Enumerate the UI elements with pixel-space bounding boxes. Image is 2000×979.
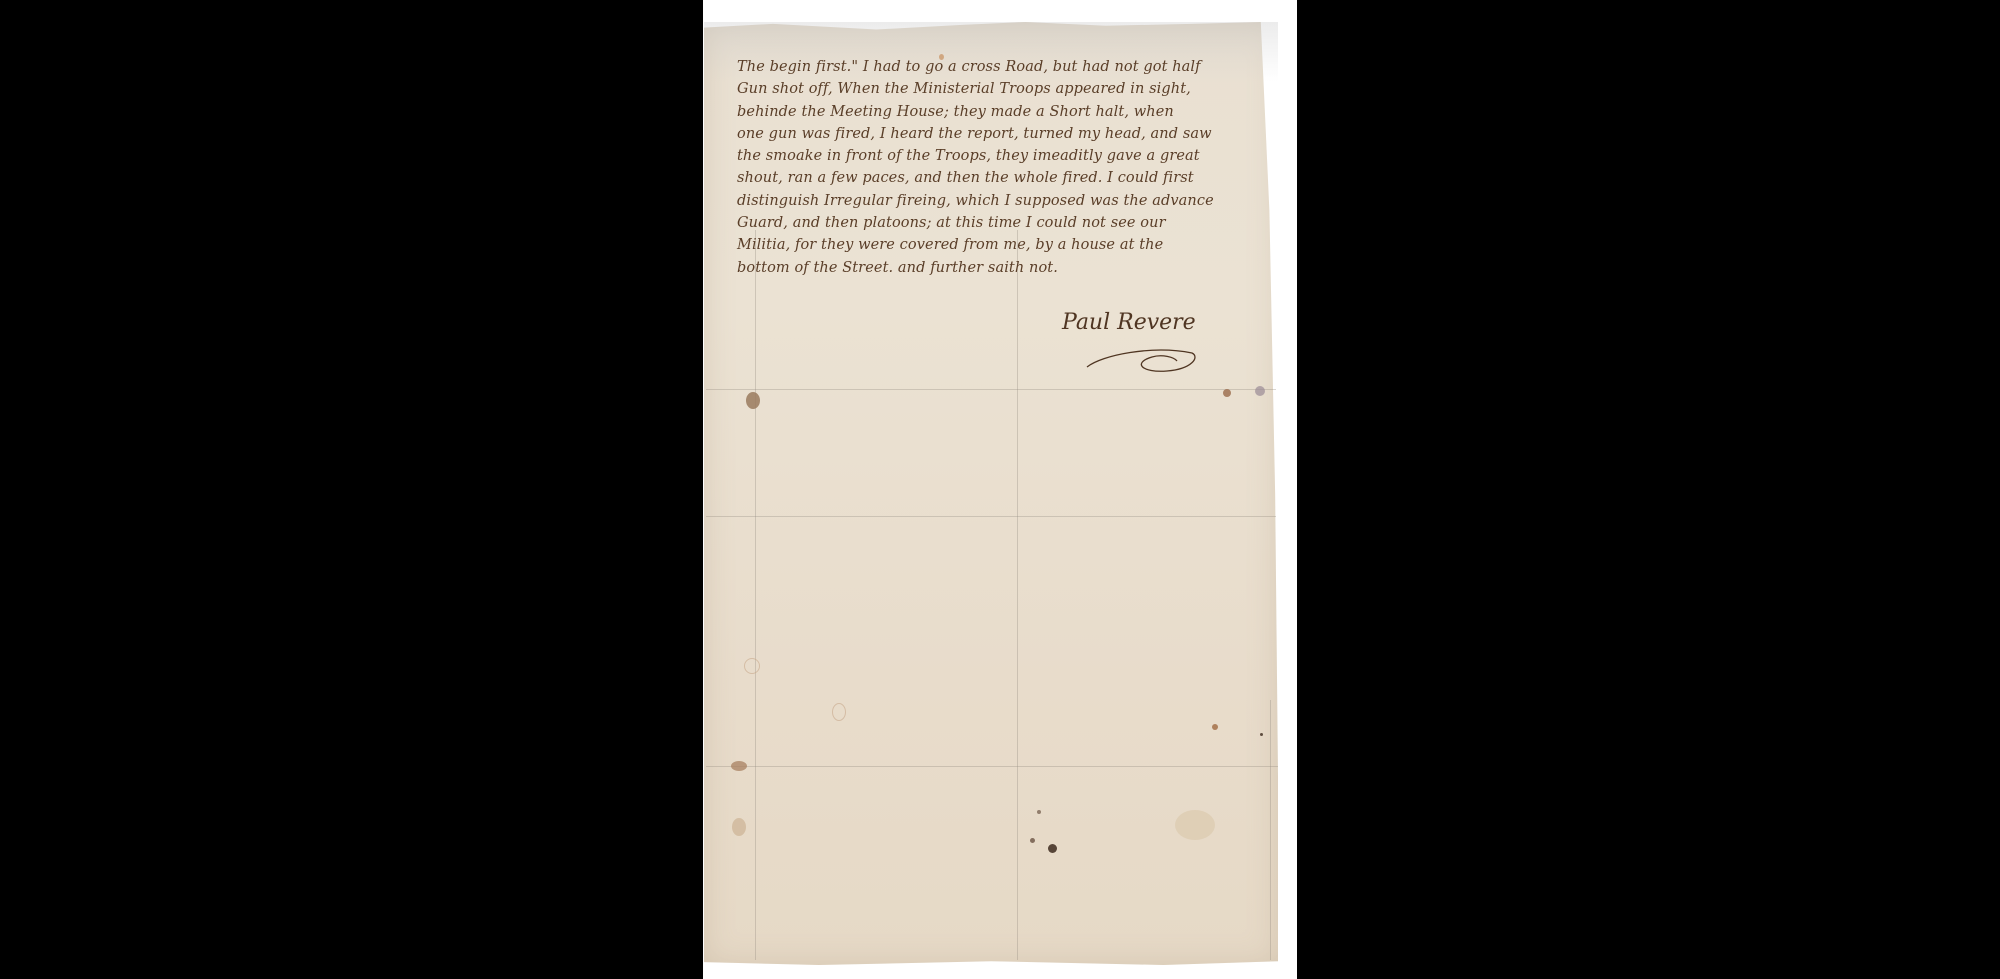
text-line: shout, ran a few paces, and then the who… [737, 167, 1257, 189]
fold-line-center [1017, 230, 1018, 960]
stain-mark [1048, 844, 1057, 853]
text-line: behinde the Meeting House; they made a S… [737, 101, 1257, 123]
text-line: Militia, for they were covered from me, … [737, 234, 1257, 256]
fold-line-middle [706, 516, 1276, 517]
manuscript-text: The begin first." I had to go a cross Ro… [737, 56, 1257, 279]
stain-mark [746, 392, 760, 409]
text-line: one gun was fired, I heard the report, t… [737, 123, 1257, 145]
stain-mark [744, 658, 760, 674]
text-line: the smoake in front of the Troops, they … [737, 145, 1257, 167]
fold-line-upper [706, 389, 1276, 390]
stain-mark [1255, 386, 1265, 396]
fold-line-lower [706, 766, 1278, 767]
text-line: bottom of the Street. and further saith … [737, 257, 1257, 279]
stain-mark [1030, 838, 1035, 843]
text-line: Guard, and then platoons; at this time I… [737, 212, 1257, 234]
stain-mark [1223, 389, 1231, 397]
fold-line-left [755, 230, 756, 960]
stain-mark [1212, 724, 1218, 730]
text-line: The begin first." I had to go a cross Ro… [737, 56, 1257, 78]
signature: Paul Revere [1062, 310, 1196, 335]
stain-mark [732, 818, 746, 836]
stain-mark [1175, 810, 1215, 840]
stain-mark [832, 703, 846, 721]
stain-mark [1260, 733, 1263, 736]
stain-mark [731, 761, 747, 771]
text-line: distinguish Irregular fireing, which I s… [737, 190, 1257, 212]
signature-flourish [1082, 335, 1202, 375]
text-line: Gun shot off, When the Ministerial Troop… [737, 78, 1257, 100]
fold-line-right [1270, 700, 1271, 960]
stain-mark [1037, 810, 1041, 814]
image-viewer: The begin first." I had to go a cross Ro… [0, 0, 2000, 979]
